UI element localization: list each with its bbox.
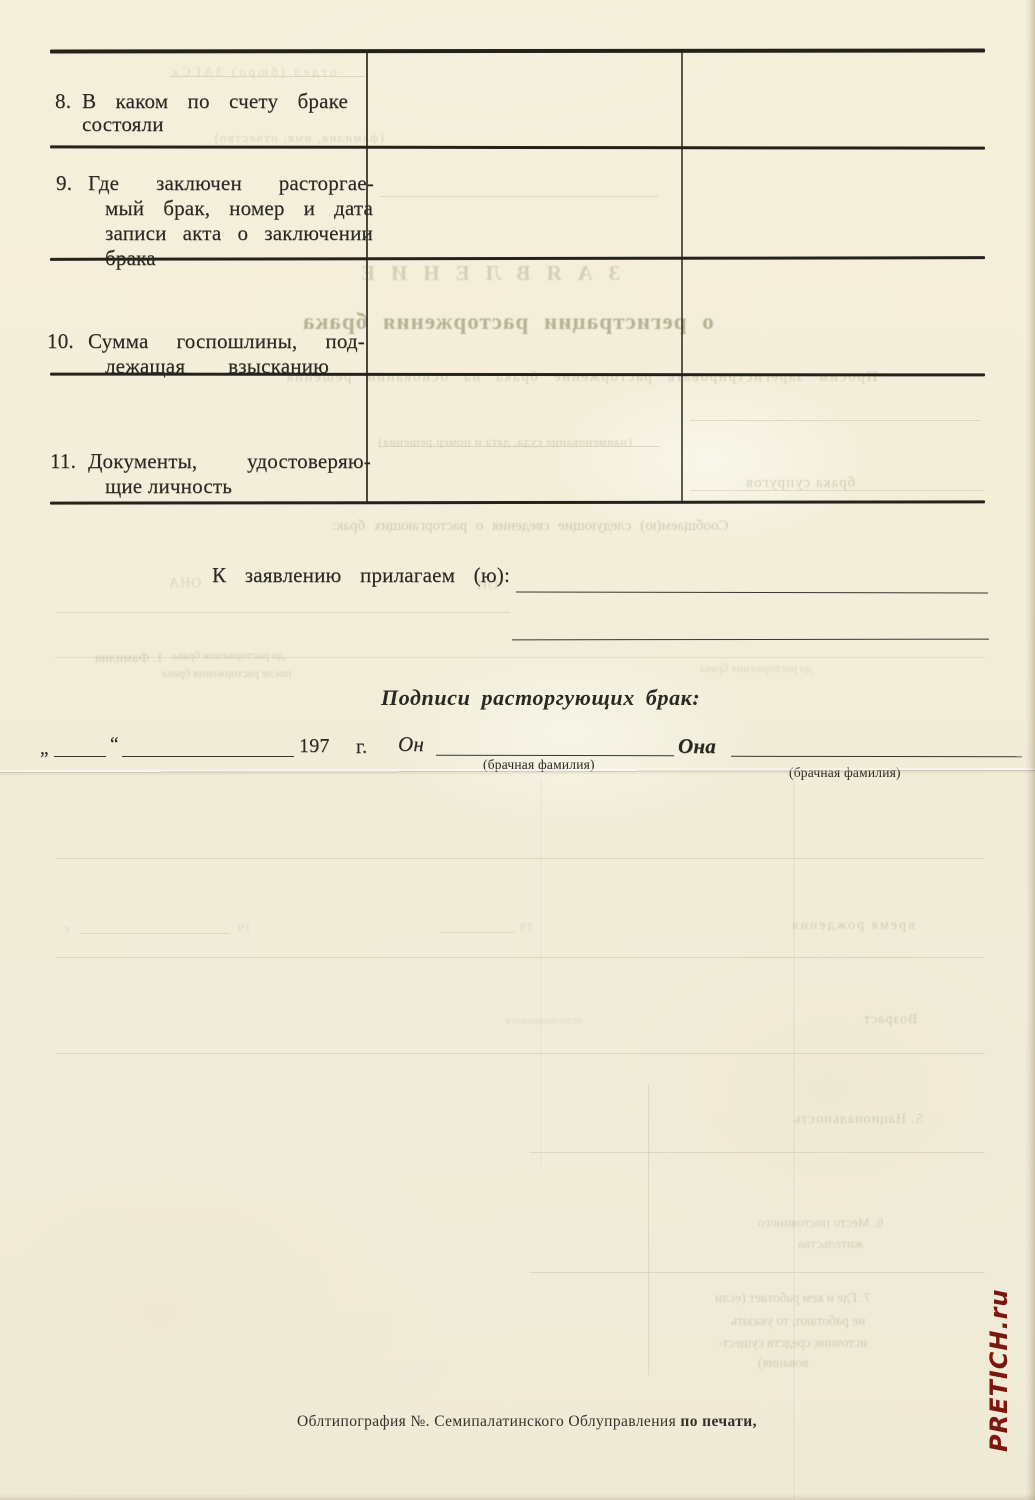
bleedthrough-row1-before-2: до расторжения брака [700,661,812,676]
attachment-label: К заявлению прилагаем (ю): [212,563,510,588]
bleedthrough-line [690,490,985,491]
page-right-edge-shadow [1025,0,1035,1500]
bleedthrough-col-she: ОНА [168,576,201,592]
site-watermark: PRETICH.ru [985,1327,1013,1452]
bleedthrough-row1-label: 1. Фамилия [95,651,164,667]
signatures-heading: Подписи расторгующих брак: [381,685,700,711]
husband-label: Он [398,732,424,757]
bleedthrough-line [440,932,515,933]
attachment-fill-line-1 [516,592,988,594]
bleedthrough-line [55,1053,985,1054]
row11-label-line2: щие личность [105,474,232,499]
bleedthrough-row6-line1: 6. Место постоянного [758,1215,883,1231]
wife-signature-line [731,756,1022,758]
row10-label-line1: Сумма госпошлины, под- [88,329,365,354]
printer-imprint-bold: по печати, [680,1413,757,1430]
bleedthrough-name-caption: (фамилия, имя, отчество) [213,131,384,146]
row9-label-line2: мый брак, номер и дата [105,196,373,221]
bleedthrough-row6-line2: жительства [798,1236,863,1252]
bleedthrough-row5-label: 5. Национальность [793,1112,923,1128]
bleedthrough-vertical-line [648,1085,649,1375]
bleedthrough-row7-line2: не работают, то указать [731,1313,865,1329]
date-open-quote: „ [40,738,49,760]
table-divider-right [681,51,683,503]
bleedthrough-line [530,1152,985,1153]
bleedthrough-request-line: Просим зарегистрировать расторжение брак… [285,369,877,386]
bleedthrough-line [378,446,660,447]
printer-imprint-regular: Облтипография №. Семипалатинского Облупр… [297,1413,680,1430]
page-bottom-edge-shadow [0,1494,1035,1500]
bleedthrough-line [55,858,985,859]
bleedthrough-row1-before: до расторжения брака [172,648,284,663]
bleedthrough-row7-line4: вования) [758,1355,808,1371]
bleedthrough-court-caption: (наименование суда, дата и номер решения… [378,435,632,450]
table-divider-left [366,51,368,503]
row11-number: 11. [50,449,76,474]
row11-label-line1: Документы, удостоверяю- [88,449,371,474]
bleedthrough-line [690,420,980,421]
bleedthrough-row1-after: после расторжения брака [162,666,291,681]
table-rule-top [50,49,985,54]
bleedthrough-line [80,933,230,934]
bleedthrough-zags-caption: отдел (бюро) ЗАГСа [170,64,337,80]
bleedthrough-birth-label: время рождения [790,918,915,934]
date-close-quote: “ [110,734,119,756]
bleedthrough-year-prefix-1: 19 [238,920,251,936]
date-year: 197 [299,735,330,758]
printer-imprint: Облтипография №. Семипалатинского Облупр… [297,1413,757,1431]
row8-label-line2: состояли [82,112,164,137]
row8-label-line1: В каком по счету браке [82,89,348,114]
bleedthrough-line [55,612,510,613]
bleedthrough-line [530,1272,985,1273]
table-rule-row8-bottom [50,145,985,149]
bleedthrough-age-label: Возраст [863,1012,917,1028]
attachment-fill-line-2 [512,639,989,641]
scanned-divorce-form-page: отдел (бюро) ЗАГСа (фамилия, имя, отчест… [0,0,1035,1500]
wife-label: Она [678,734,716,759]
bleedthrough-info-line: Сообщаем(ю) следующие сведения о расторг… [332,518,728,535]
row10-number: 10. [47,329,74,354]
date-day-line [54,756,106,757]
row9-label-line4: брака [105,246,156,271]
date-month-line [122,756,294,757]
fold-crease-vertical-1 [793,775,797,1500]
date-year-suffix: г. [356,736,367,759]
bleedthrough-line [55,657,985,658]
table-rule-bottom [50,500,985,504]
row10-label-line2: лежащая взысканию [105,354,329,379]
bleedthrough-line [380,196,658,197]
bleedthrough-year-suffix-left: г. [62,921,69,937]
row9-label-line1: Где заключен расторгае- [88,171,374,196]
bleedthrough-line [170,76,365,77]
bleedthrough-year-prefix-2: 19 [520,919,533,935]
bleedthrough-line [55,957,985,958]
row9-label-line3: записи акта о заключении [105,221,373,246]
bleedthrough-title: ЗАЯВЛЕНИЕ [345,261,620,286]
row8-number: 8. [55,89,71,114]
row9-number: 9. [56,171,72,196]
fold-crease-vertical-2 [540,780,544,1170]
